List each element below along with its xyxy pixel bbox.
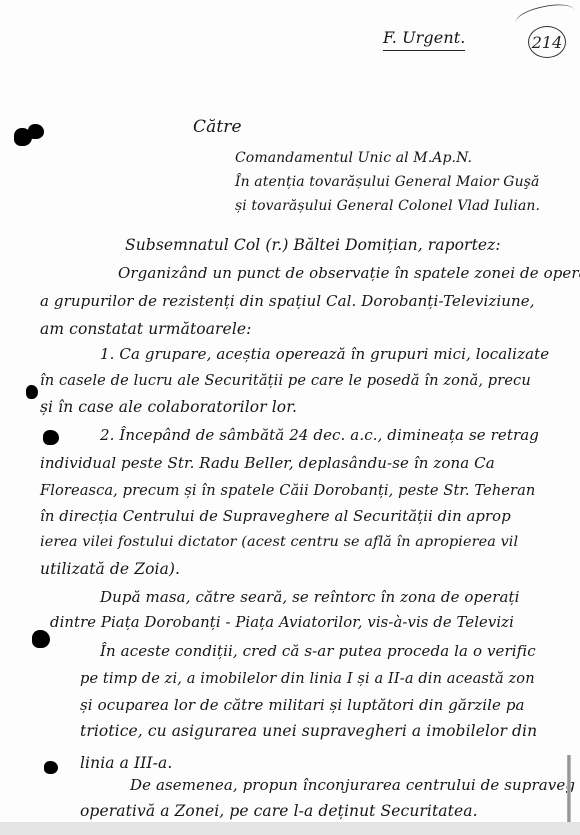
- page-number: 214: [528, 26, 566, 58]
- body-line: ierea vilei fostului dictator (acest cen…: [40, 534, 518, 550]
- body-line: dintre Piața Dorobanți - Piața Aviatoril…: [50, 614, 514, 631]
- ink-blot: [26, 385, 38, 399]
- ink-blot: [44, 761, 58, 774]
- body-line: în casele de lucru ale Securității pe ca…: [40, 372, 531, 389]
- body-line: De asemenea, propun înconjurarea centrul…: [130, 776, 575, 794]
- body-line: După masa, către seară, se reîntorc în z…: [100, 588, 520, 606]
- ink-blot: [28, 124, 44, 139]
- body-line: linia a III-a.: [80, 754, 172, 772]
- scan-edge-shadow: [567, 755, 571, 822]
- ink-blot: [32, 630, 50, 648]
- addressee-line: și tovarășului General Colonel Vlad Iuli…: [235, 198, 540, 214]
- addressee-intro: Către: [193, 117, 242, 137]
- body-line: Organizând un punct de observație în spa…: [118, 264, 580, 282]
- body-line: și ocuparea lor de către militari și lup…: [80, 696, 525, 714]
- addressee-line: Comandamentul Unic al M.Ap.N.: [235, 150, 472, 166]
- bottom-strip: [0, 822, 580, 835]
- body-line: pe timp de zi, a imobilelor din linia I …: [80, 670, 535, 687]
- ink-blot: [43, 430, 59, 445]
- body-line: a grupurilor de rezistenți din spațiul C…: [40, 292, 535, 310]
- body-line: Floreasca, precum și în spatele Căii Dor…: [40, 482, 535, 499]
- body-line: operativă a Zonei, pe care l-a deținut S…: [80, 802, 478, 820]
- addressee-line: În atenția tovarășului General Maior Guş…: [235, 174, 539, 190]
- body-line: individual peste Str. Radu Beller, depla…: [40, 454, 495, 472]
- urgency-mark: F. Urgent.: [383, 28, 465, 51]
- body-line: În aceste condiții, cred că s-ar putea p…: [100, 642, 536, 660]
- body-line: 2. Începând de sâmbătă 24 dec. a.c., dim…: [100, 426, 539, 444]
- scanned-document-page: F. Urgent. 214 Către Comandamentul Unic …: [0, 0, 580, 822]
- body-line: triotice, cu asigurarea unei supravegher…: [80, 722, 537, 740]
- body-line: 1. Ca grupare, aceștia operează în grupu…: [100, 345, 549, 363]
- body-line: și în case ale colaboratorilor lor.: [40, 398, 297, 416]
- body-line: Subsemnatul Col (r.) Băltei Domițian, ra…: [125, 236, 501, 254]
- body-line: utilizată de Zoia).: [40, 560, 180, 578]
- body-line: în direcția Centrului de Supraveghere al…: [40, 508, 511, 525]
- body-line: am constatat următoarele:: [40, 320, 251, 338]
